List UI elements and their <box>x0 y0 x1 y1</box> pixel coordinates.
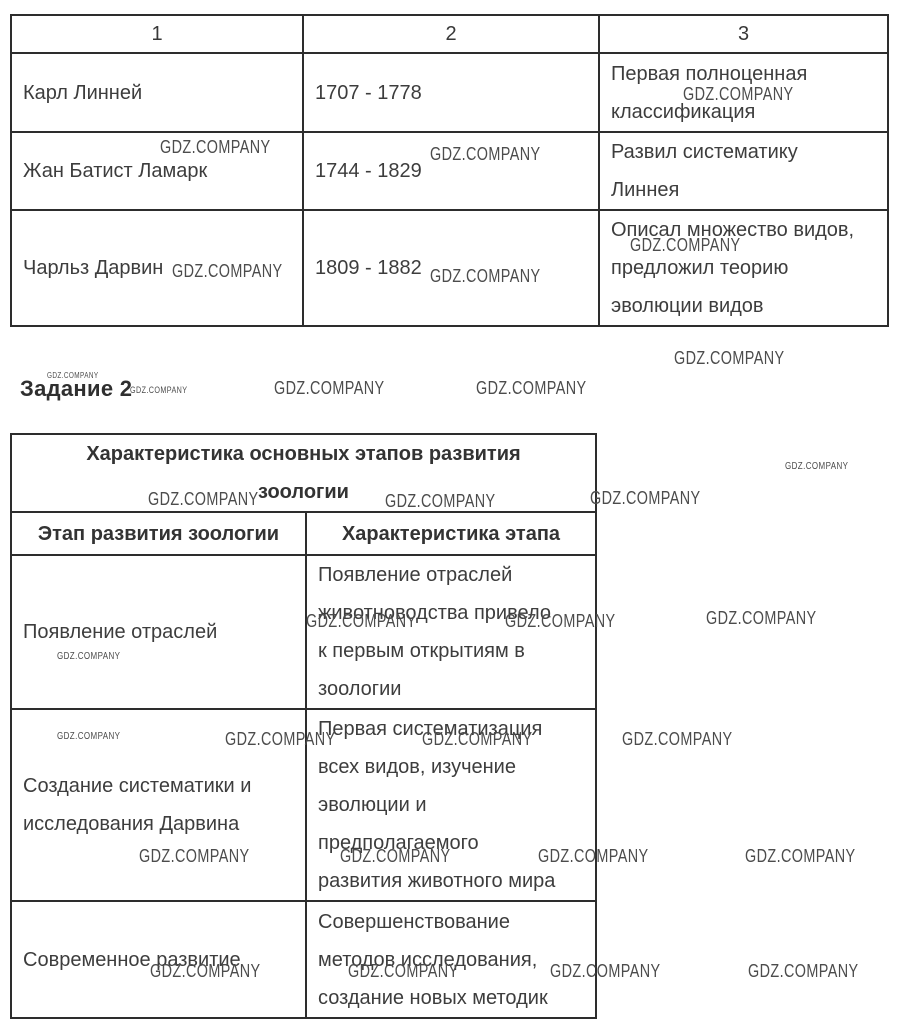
gdz-watermark: GDZ.COMPANY <box>130 385 187 395</box>
scientist-name: Карл Линней <box>11 53 303 132</box>
gdz-watermark: GDZ.COMPANY <box>785 461 848 472</box>
scientist-name: Жан Батист Ламарк <box>11 132 303 210</box>
gdz-watermark: GDZ.COMPANY <box>476 378 587 399</box>
scientist-years: 1744 - 1829 <box>303 132 599 210</box>
table-row: Карл Линней 1707 - 1778 Первая полноценн… <box>11 53 888 132</box>
scientists-table: 1 2 3 Карл Линней 1707 - 1778 Первая пол… <box>10 14 889 327</box>
table-row: Жан Батист Ламарк 1744 - 1829 Развил сис… <box>11 132 888 210</box>
stages-header-row: Этап развития зоологии Характеристика эт… <box>11 512 596 555</box>
scientists-col-3-header: 3 <box>599 15 888 53</box>
gdz-watermark: GDZ.COMPANY <box>674 348 785 369</box>
scientists-col-1-header: 1 <box>11 15 303 53</box>
stages-title-row: Характеристика основных этапов развития … <box>11 434 596 512</box>
table-row: Чарльз Дарвин 1809 - 1882 Описал множест… <box>11 210 888 326</box>
stage-description: Совершенствование методов исследования, … <box>306 901 596 1018</box>
zoology-stages-table: Характеристика основных этапов развития … <box>10 433 597 1019</box>
scientist-name: Чарльз Дарвин <box>11 210 303 326</box>
table-row: Создание систематики и исследования Дарв… <box>11 709 596 901</box>
stages-table-title: Характеристика основных этапов развития … <box>11 434 596 512</box>
scientist-years: 1707 - 1778 <box>303 53 599 132</box>
stage-name: Появление отраслей <box>11 555 306 709</box>
characteristic-column-header: Характеристика этапа <box>306 512 596 555</box>
gdz-watermark: GDZ.COMPANY <box>590 488 701 509</box>
stage-column-header: Этап развития зоологии <box>11 512 306 555</box>
document-page: 1 2 3 Карл Линней 1707 - 1778 Первая пол… <box>0 0 899 1025</box>
scientists-col-2-header: 2 <box>303 15 599 53</box>
gdz-watermark: GDZ.COMPANY <box>745 846 856 867</box>
stage-name: Создание систематики и исследования Дарв… <box>11 709 306 901</box>
table-row: Появление отраслей Появление отраслей жи… <box>11 555 596 709</box>
stage-name: Современное развитие <box>11 901 306 1018</box>
task-heading: Задание 2 <box>20 376 132 402</box>
scientist-contribution: Описал множество видов, предложил теорию… <box>599 210 888 326</box>
gdz-watermark: GDZ.COMPANY <box>706 608 817 629</box>
scientist-years: 1809 - 1882 <box>303 210 599 326</box>
gdz-watermark: GDZ.COMPANY <box>748 961 859 982</box>
gdz-watermark: GDZ.COMPANY <box>274 378 385 399</box>
scientists-header-row: 1 2 3 <box>11 15 888 53</box>
scientist-contribution: Первая полноценная классификация <box>599 53 888 132</box>
gdz-watermark: GDZ.COMPANY <box>622 729 733 750</box>
stage-description: Первая систематизация всех видов, изучен… <box>306 709 596 901</box>
table-row: Современное развитие Совершенствование м… <box>11 901 596 1018</box>
stage-description: Появление отраслей животноводства привел… <box>306 555 596 709</box>
scientist-contribution: Развил систематику Линнея <box>599 132 888 210</box>
